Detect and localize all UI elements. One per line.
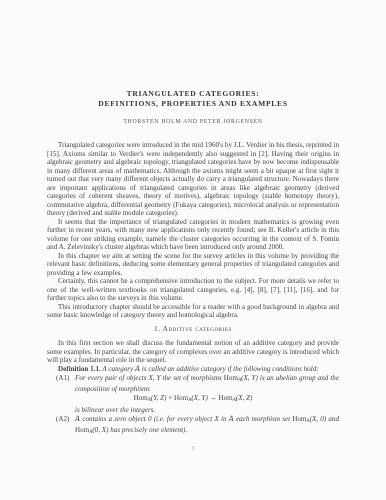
intro-paragraph-4: Certainly, this cannot be a comprehensiv… [47, 277, 339, 303]
intro-paragraph-1: Triangulated categories were introduced … [47, 141, 339, 218]
title-line-1: TRIANGULATED CATEGORIES: [0, 89, 386, 99]
intro-paragraph-5: This introductory chapter should be acce… [47, 303, 339, 320]
definition-1-1: Definition 1.1. A category A is called a… [47, 365, 339, 374]
axiom-a2: (A2)A contains a zero object 0 (i.e. for… [47, 415, 339, 436]
hom-composition-formula: HomA(Y, Z) × HomA(X, Y) → HomA(X, Z) [47, 394, 339, 405]
axiom-a1-continuation: is bilinear over the integers. [75, 406, 339, 415]
intro-paragraph-2: It seems that the importance of triangul… [47, 218, 339, 252]
paper-authors: THORSTEN HOLM AND PETER JØRGENSEN [0, 119, 386, 125]
section-heading: 1. Additive categories [47, 325, 339, 334]
definition-label: Definition 1.1. [58, 365, 101, 373]
paper-title: TRIANGULATED CATEGORIES: DEFINITIONS, PR… [0, 89, 386, 109]
axiom-a1: (A1)For every pair of objects X, Y the s… [47, 374, 339, 414]
section-paragraph-1: In this first section we shall discuss t… [47, 339, 339, 365]
page-number: 1 [0, 446, 386, 452]
axiom-a1-label: (A1) [56, 374, 69, 383]
axiom-a2-text: A contains a zero object 0 (i.e. for eve… [75, 415, 339, 434]
title-line-2: DEFINITIONS, PROPERTIES AND EXAMPLES [0, 99, 386, 109]
definition-intro-text: A category A is called an additive categ… [101, 365, 319, 373]
axiom-a2-label: (A2) [56, 415, 69, 424]
page-body: Triangulated categories were introduced … [47, 141, 339, 436]
paper-page: TRIANGULATED CATEGORIES: DEFINITIONS, PR… [0, 0, 386, 500]
intro-paragraph-3: In this chapter we aim at setting the sc… [47, 252, 339, 278]
axiom-a1-text: For every pair of objects X, Y the set o… [75, 374, 339, 393]
